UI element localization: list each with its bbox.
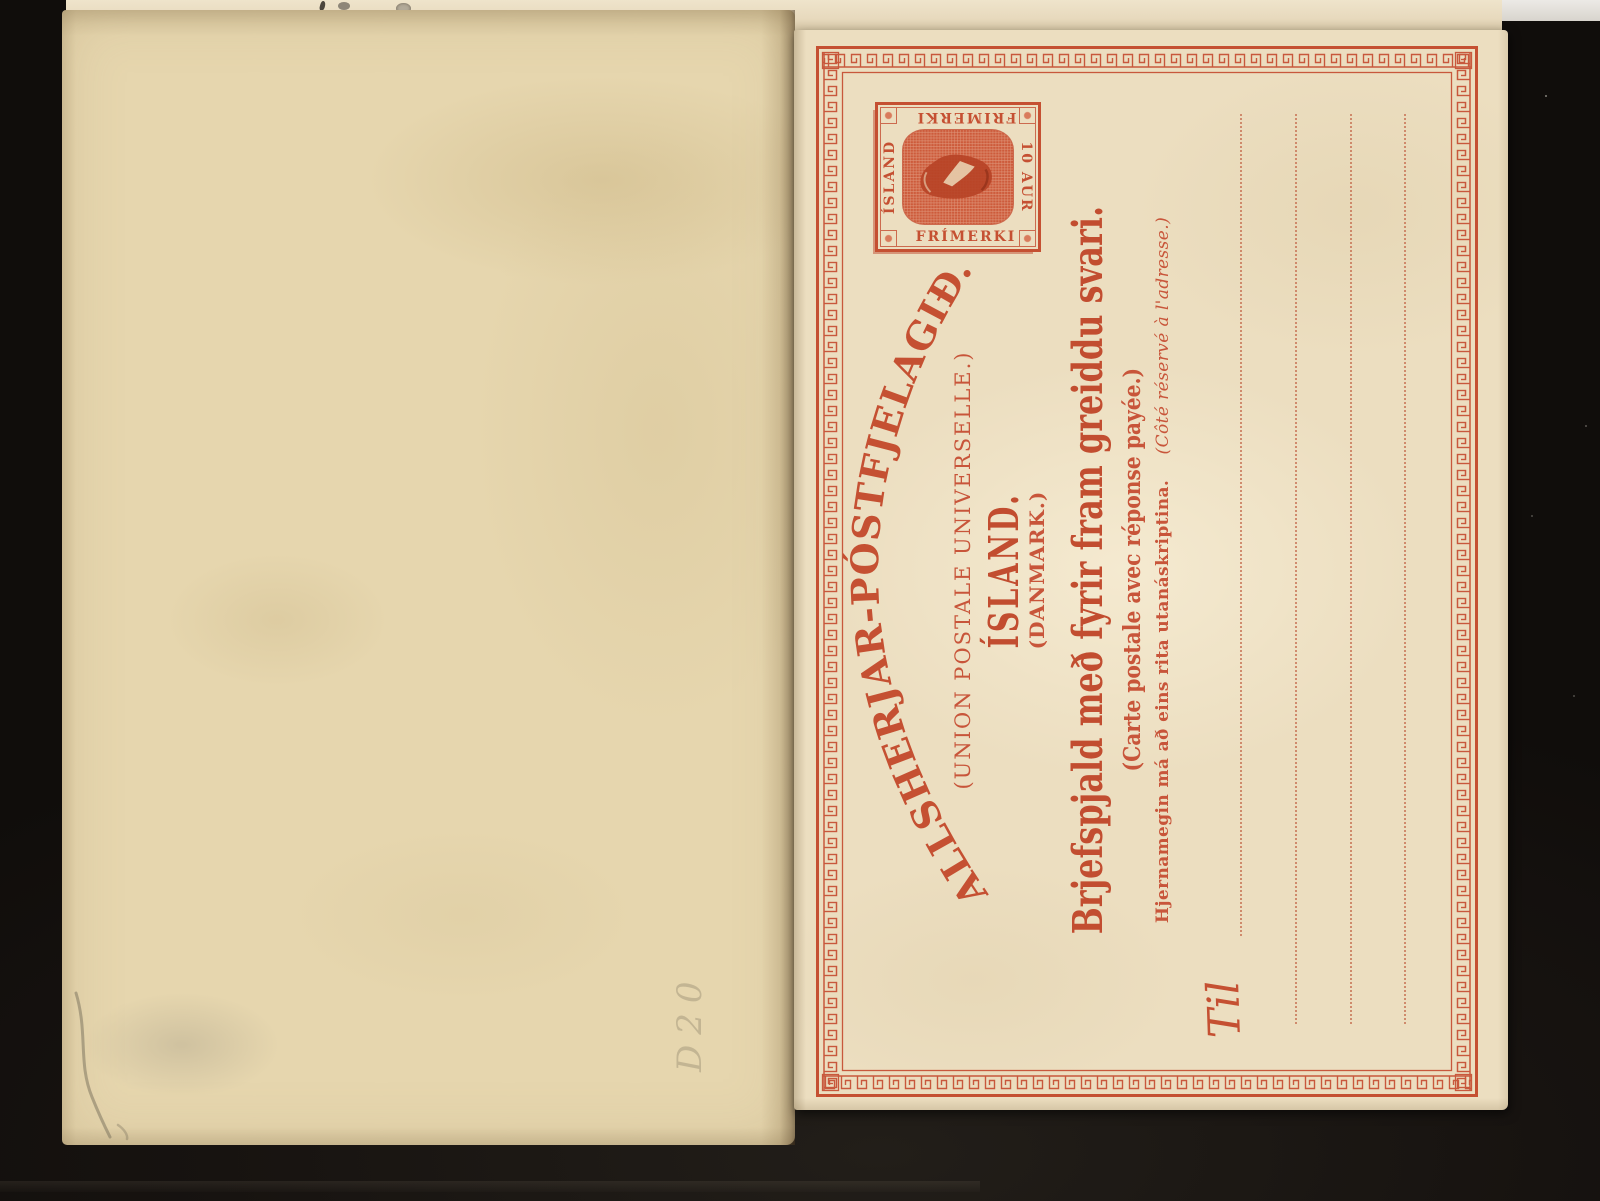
stamp-country: ÍSLAND [882,108,898,246]
pencil-scribble [62,985,192,1145]
king-portrait-icon [903,130,1013,224]
address-instruction-french: (Côté réservé à l'adresse.) [1153,217,1173,455]
address-dotted-line [1404,114,1406,1024]
stamp-corner-ornament [1019,107,1036,124]
blank-card-left-page: D20 [62,10,795,1145]
photo-of-postal-card: { "colors": { "print_red": "#c55032", "c… [0,0,1600,1201]
stamp-corner-ornament [880,230,897,247]
printed-card-page: ALLSHERJAR-PÓSTFJELAGIÐ. (UNION POSTALE … [794,30,1508,1110]
dust-specks [1545,95,1547,97]
stamp-portrait-medallion [902,129,1014,225]
stamp-corner-ornament [880,107,897,124]
card-type-french-text: (Carte postale avec réponse payée.) [1119,368,1146,772]
address-instruction: Hjernamegin má að eins rita utanáskripti… [1153,480,1173,923]
address-dotted-line [1295,114,1297,1024]
pencil-note: D20 [670,971,710,1072]
stamp-imprint: ÍSLAND 10 AUR FRÍMERKI FRIMERKI [875,102,1041,252]
table-edge-glint [0,1181,980,1192]
card-type-french: (Carte postale avec réponse payée.) [1119,62,1146,1078]
stamp-inscription-right: FRIMERKI [906,109,1026,125]
stamp-frame: ÍSLAND 10 AUR FRÍMERKI FRIMERKI [880,107,1036,247]
stamp-inscription-left: FRÍMERKI [906,229,1026,245]
address-dotted-line [1240,114,1242,936]
card-type-line: Brjefspjald með fyrir fram greiddu svari… [1064,62,1112,1078]
country-title-text: ÍSLAND. [980,492,1028,648]
rotated-card-face: ALLSHERJAR-PÓSTFJELAGIÐ. (UNION POSTALE … [794,32,1508,1108]
to-label: Til [1198,980,1251,1039]
card-type-text: Brjefspjald með fyrir fram greiddu svari… [1064,206,1112,934]
stamp-value: 10 AUR [1018,108,1034,246]
address-instruction-line: Hjernamegin má að eins rita utanáskripti… [1153,62,1173,1078]
stamp-corner-ornament [1019,230,1036,247]
center-fold-shadow [761,10,795,1145]
paper-speck [338,2,350,10]
background-white-sliver [1494,0,1600,21]
address-dotted-line [1350,114,1352,1024]
